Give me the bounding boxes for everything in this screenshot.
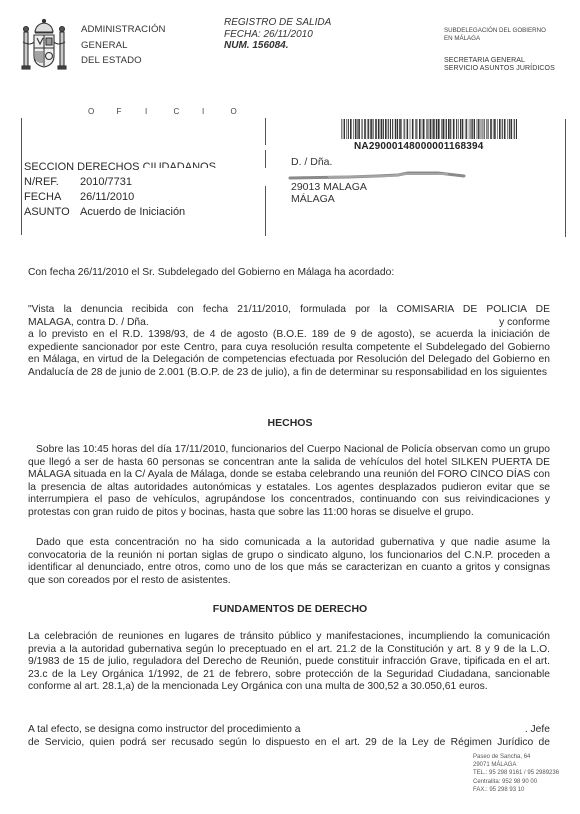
instructor-line-1-right: . Jefe xyxy=(525,724,550,737)
footer-line: TEL.: 95 298 9161 / 95 2989236 xyxy=(473,769,559,777)
asunto-row: ASUNTOAcuerdo de Iniciación xyxy=(24,205,216,220)
hechos-paragraph-2: Dado que esta concentración no ha sido c… xyxy=(28,537,550,587)
fecha-value: 26/11/2010 xyxy=(80,191,134,203)
asunto-label: ASUNTO xyxy=(24,205,80,220)
hechos-paragraph-1: Sobre las 10:45 horas del día 17/11/2010… xyxy=(28,444,550,520)
footer-line: Centralita: 952 98 90 00 xyxy=(473,778,559,786)
footer-line: Paseo de Sancha, 64 xyxy=(473,753,559,761)
paragraph-vista: "Vista la denuncia recibida con fecha 21… xyxy=(28,304,550,380)
oficio-title: OFICIO xyxy=(88,107,259,116)
fecha-row: FECHA26/11/2010 xyxy=(24,190,216,205)
box-border-right xyxy=(565,119,566,237)
box-border-middle xyxy=(265,118,266,145)
barcode xyxy=(341,119,517,139)
vista-line-2-left: MALAGA, contra D. / Dña. xyxy=(28,317,149,330)
footer-address: Paseo de Sancha, 64 29071 MÁLAGA TEL.: 9… xyxy=(473,753,559,794)
administration-line: ADMINISTRACIÓN xyxy=(81,22,166,38)
administration-header: ADMINISTRACIÓN GENERAL DEL ESTADO xyxy=(81,22,166,69)
box-border-left xyxy=(21,118,22,235)
ref-label: N/REF. xyxy=(24,175,80,190)
salutation: D. / Dña. xyxy=(291,156,367,169)
oficio-letter: I xyxy=(202,107,231,116)
secretaria-line: SECRETARIA GENERAL xyxy=(444,57,555,65)
ref-value: 2010/7731 xyxy=(80,176,132,188)
ref-row: N/REF.2010/7731 xyxy=(24,175,216,190)
subdelegacion-line: EN MÁLAGA xyxy=(444,35,546,43)
registro-title: REGISTRO DE SALIDA xyxy=(224,17,331,29)
instructor-line-2: de Servicio, quien podrá ser recusado se… xyxy=(28,737,550,750)
subdelegacion-line: SUBDELEGACIÓN DEL GOBIERNO xyxy=(444,27,546,35)
subdelegacion-header: SUBDELEGACIÓN DEL GOBIERNO EN MÁLAGA xyxy=(444,27,546,42)
administration-line: GENERAL xyxy=(81,38,166,54)
vista-rest: a lo previsto en el R.D. 1398/93, de 4 d… xyxy=(28,329,550,379)
scan-clip xyxy=(140,168,260,174)
asunto-value: Acuerdo de Iniciación xyxy=(80,206,185,218)
instructor-paragraph: A tal efecto, se designa como instructor… xyxy=(28,724,550,749)
vista-line-2: MALAGA, contra D. / Dña. y conforme xyxy=(28,317,550,330)
spanish-coat-of-arms-icon xyxy=(20,18,68,72)
registro-num: NUM. 156084. xyxy=(224,40,331,52)
oficio-letter: O xyxy=(88,107,117,116)
box-border-middle xyxy=(265,186,266,236)
instructor-line-1-left: A tal efecto, se designa como instructor… xyxy=(28,724,300,737)
oficio-letter: C xyxy=(174,107,203,116)
oficio-letter: O xyxy=(231,107,260,116)
registro-stamp: REGISTRO DE SALIDA FECHA: 26/11/2010 NUM… xyxy=(224,17,331,52)
registro-fecha: FECHA: 26/11/2010 xyxy=(224,29,331,41)
vista-line-1: "Vista la denuncia recibida con fecha 21… xyxy=(28,304,550,317)
oficio-letter: I xyxy=(145,107,174,116)
fundamentos-heading: FUNDAMENTOS DE DERECHO xyxy=(0,603,580,615)
hechos-heading: HECHOS xyxy=(0,417,580,429)
secretaria-header: SECRETARIA GENERAL SERVICIO ASUNTOS JURÍ… xyxy=(444,57,555,73)
fecha-label: FECHA xyxy=(24,190,80,205)
fundamentos-paragraph: La celebración de reuniones en lugares d… xyxy=(28,631,550,694)
footer-line: 29071 MÁLAGA xyxy=(473,761,559,769)
redaction-scribble xyxy=(288,171,468,181)
administration-line: DEL ESTADO xyxy=(81,53,166,69)
footer-line: FAX.: 95 298 93 10 xyxy=(473,786,559,794)
box-border-middle xyxy=(265,150,266,168)
barcode-number: NA29000148000001168394 xyxy=(354,141,484,152)
province-line: MÁLAGA xyxy=(291,193,367,206)
secretaria-line: SERVICIO ASUNTOS JURÍDICOS xyxy=(444,65,555,73)
oficio-letter: F xyxy=(117,107,146,116)
intro-text: Con fecha 26/11/2010 el Sr. Subdelegado … xyxy=(28,267,550,280)
city-line: 29013 MALAGA xyxy=(291,181,367,194)
instructor-line-1: A tal efecto, se designa como instructor… xyxy=(28,724,550,737)
vista-line-2-right: y conforme xyxy=(499,317,550,330)
